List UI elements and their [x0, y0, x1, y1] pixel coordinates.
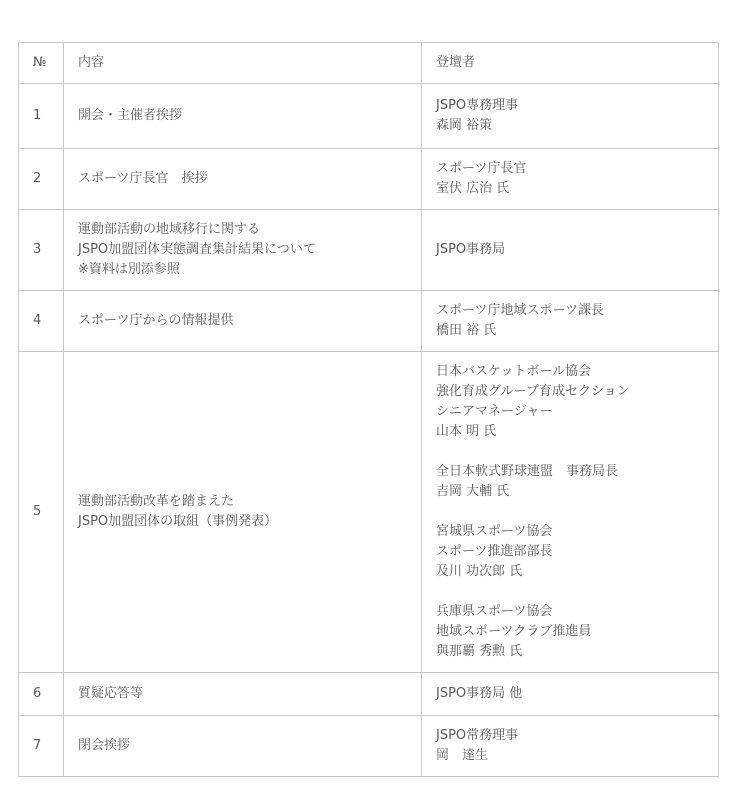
content-cell: スポーツ庁長官 挨拶 [64, 149, 422, 210]
content-line: 閉会挨拶 [78, 736, 407, 756]
content-cell: 質疑応答等 [64, 673, 422, 716]
header-content: 内容 [64, 43, 422, 84]
speaker-line: スポーツ推進部部長 [436, 542, 704, 562]
speaker-line: 吉岡 大輔 氏 [436, 482, 704, 502]
table-row: 3 運動部活動の地域移行に関する JSPO加盟団体実態調査集計結果について ※資… [19, 210, 719, 291]
table-row: 5 運動部活動改革を踏まえた JSPO加盟団体の取組（事例発表） 日本バスケット… [19, 352, 719, 673]
table-row: 2 スポーツ庁長官 挨拶 スポーツ庁長官 室伏 広治 氏 [19, 149, 719, 210]
speaker-line-blank [436, 502, 704, 522]
row-number: 6 [19, 673, 64, 716]
speaker-line: JSPO専務理事 [436, 96, 704, 116]
speaker-line: 兵庫県スポーツ協会 [436, 602, 704, 622]
speaker-line-blank [436, 582, 704, 602]
speaker-cell: スポーツ庁長官 室伏 広治 氏 [422, 149, 719, 210]
header-no: № [19, 43, 64, 84]
speaker-line: 宮城県スポーツ協会 [436, 522, 704, 542]
agenda-table: № 内容 登壇者 1 開会・主催者挨拶 JSPO専務理事 森岡 裕策 2 スポー… [18, 42, 719, 777]
table-row: 6 質疑応答等 JSPO事務局 他 [19, 673, 719, 716]
content-line: 質疑応答等 [78, 684, 407, 704]
content-cell: 開会・主催者挨拶 [64, 84, 422, 149]
speaker-line: 地域スポーツクラブ推進員 [436, 622, 704, 642]
content-cell: 運動部活動の地域移行に関する JSPO加盟団体実態調査集計結果について ※資料は… [64, 210, 422, 291]
content-line: 開会・主催者挨拶 [78, 106, 407, 126]
content-cell: 閉会挨拶 [64, 716, 422, 777]
speaker-line: 強化育成グループ育成セクション [436, 382, 704, 402]
speaker-line: JSPO事務局 [436, 240, 704, 260]
speaker-line: JSPO事務局 他 [436, 684, 704, 704]
page: № 内容 登壇者 1 開会・主催者挨拶 JSPO専務理事 森岡 裕策 2 スポー… [0, 0, 740, 811]
speaker-line: スポーツ庁地域スポーツ課長 [436, 301, 704, 321]
speaker-cell: スポーツ庁地域スポーツ課長 橋田 裕 氏 [422, 291, 719, 352]
content-line: ※資料は別添参照 [78, 260, 407, 280]
table-header-row: № 内容 登壇者 [19, 43, 719, 84]
header-speaker: 登壇者 [422, 43, 719, 84]
table-row: 7 閉会挨拶 JSPO常務理事 岡 達生 [19, 716, 719, 777]
row-number: 3 [19, 210, 64, 291]
speaker-cell: JSPO常務理事 岡 達生 [422, 716, 719, 777]
content-line: スポーツ庁長官 挨拶 [78, 169, 407, 189]
row-number: 2 [19, 149, 64, 210]
speaker-line-blank [436, 442, 704, 462]
table-row: 4 スポーツ庁からの情報提供 スポーツ庁地域スポーツ課長 橋田 裕 氏 [19, 291, 719, 352]
content-line: JSPO加盟団体の取組（事例発表） [78, 512, 407, 532]
speaker-line: 全日本軟式野球連盟 事務局長 [436, 462, 704, 482]
table-row: 1 開会・主催者挨拶 JSPO専務理事 森岡 裕策 [19, 84, 719, 149]
speaker-cell: JSPO専務理事 森岡 裕策 [422, 84, 719, 149]
speaker-cell: JSPO事務局 他 [422, 673, 719, 716]
content-line: 運動部活動改革を踏まえた [78, 492, 407, 512]
row-number: 4 [19, 291, 64, 352]
speaker-line: 與那覇 秀勲 氏 [436, 642, 704, 662]
speaker-line: JSPO常務理事 [436, 726, 704, 746]
speaker-line: 山本 明 氏 [436, 422, 704, 442]
speaker-cell: JSPO事務局 [422, 210, 719, 291]
speaker-line: 岡 達生 [436, 746, 704, 766]
content-line: JSPO加盟団体実態調査集計結果について [78, 240, 407, 260]
speaker-line: スポーツ庁長官 [436, 159, 704, 179]
speaker-line: 及川 功次郎 氏 [436, 562, 704, 582]
speaker-line: 室伏 広治 氏 [436, 179, 704, 199]
content-cell: スポーツ庁からの情報提供 [64, 291, 422, 352]
row-number: 7 [19, 716, 64, 777]
content-line: スポーツ庁からの情報提供 [78, 311, 407, 331]
speaker-line: 森岡 裕策 [436, 116, 704, 136]
speaker-cell: 日本バスケットボール協会 強化育成グループ育成セクション シニアマネージャー 山… [422, 352, 719, 673]
row-number: 5 [19, 352, 64, 673]
speaker-line: シニアマネージャー [436, 402, 704, 422]
speaker-line: 橋田 裕 氏 [436, 321, 704, 341]
content-line: 運動部活動の地域移行に関する [78, 220, 407, 240]
row-number: 1 [19, 84, 64, 149]
speaker-line: 日本バスケットボール協会 [436, 362, 704, 382]
content-cell: 運動部活動改革を踏まえた JSPO加盟団体の取組（事例発表） [64, 352, 422, 673]
